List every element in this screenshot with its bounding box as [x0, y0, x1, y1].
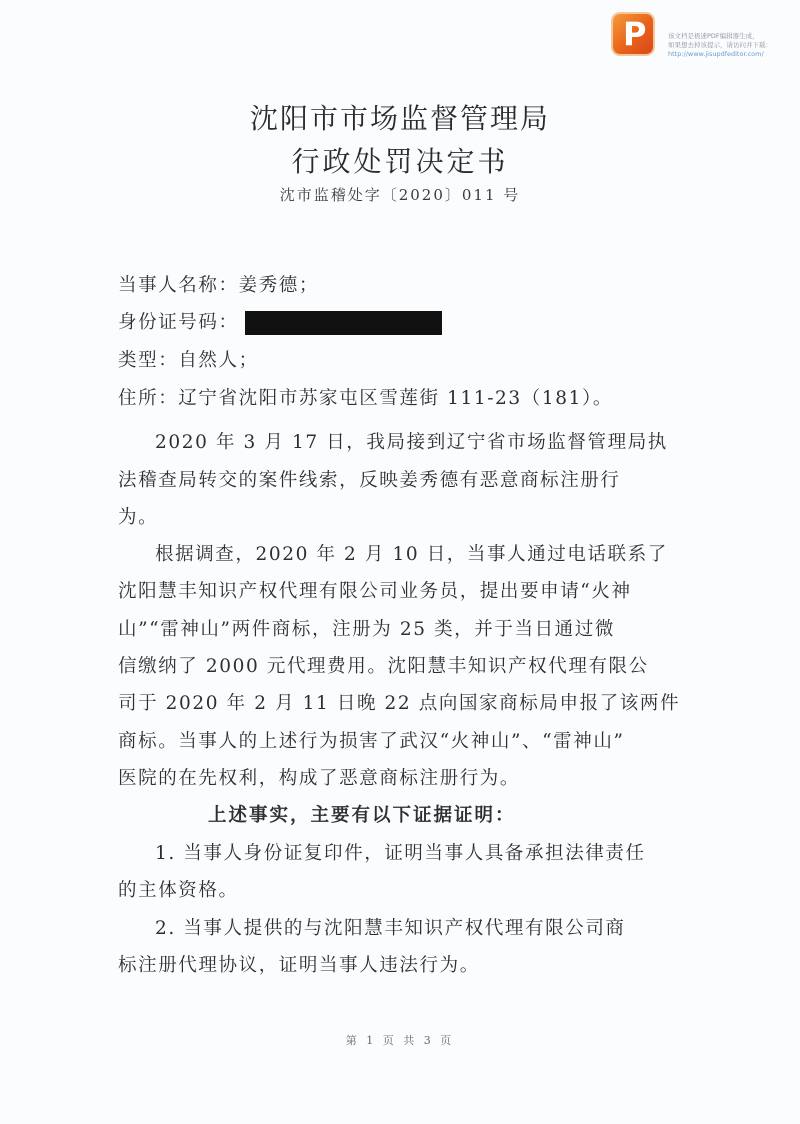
party-id-label: 身份证号码：: [118, 312, 239, 333]
watermark-text: 该文档是极速PDF编辑器生成， 如果想去掉该提示，请访问并下载： http://…: [668, 32, 772, 59]
agency-title: 沈阳市市场监督管理局: [0, 97, 800, 137]
evidence-heading: 上述事实，主要有以下证据证明：: [208, 804, 760, 828]
party-name-label: 当事人名称：: [118, 275, 239, 296]
document-type-title: 行政处罚决定书: [0, 140, 800, 180]
party-name-value: 姜秀德；: [239, 275, 319, 296]
party-address-row: 住所：辽宁省沈阳市苏家屯区雪莲街 111-23（181）。: [118, 387, 670, 411]
para2-line: 根据调查，2020 年 2 月 10 日，当事人通过电话联系了: [155, 543, 670, 567]
evidence-item-1-cont: 的主体资格。: [118, 879, 670, 903]
document-number: 沈市监稽处字〔2020〕011 号: [0, 184, 800, 205]
party-name-row: 当事人名称：姜秀德；: [118, 274, 670, 298]
evidence-item-2: 2. 当事人提供的与沈阳慧丰知识产权代理有限公司商: [155, 917, 670, 941]
party-type-label: 类型：: [118, 350, 178, 371]
para2-line: 医院的在先权利，构成了恶意商标注册行为。: [118, 767, 670, 791]
para2-line: 山”“雷神山”两件商标，注册为 25 类，并于当日通过微: [118, 618, 670, 642]
party-address-label: 住所：: [118, 388, 178, 409]
party-address-value: 辽宁省沈阳市苏家屯区雪莲街 111-23（181）。: [178, 388, 613, 409]
para2-line: 司于 2020 年 2 月 11 日晚 22 点向国家商标局申报了该两件: [118, 692, 670, 716]
party-id-row: 身份证号码：: [118, 311, 670, 335]
pdf-editor-logo-icon: P: [613, 14, 653, 54]
party-type-value: 自然人；: [178, 350, 258, 371]
watermark: P 该文档是极速PDF编辑器生成， 如果想去掉该提示，请访问并下载： http:…: [613, 12, 793, 60]
party-type-row: 类型：自然人；: [118, 349, 670, 373]
para1-line: 法稽查局转交的案件线索，反映姜秀德有恶意商标注册行: [118, 469, 670, 493]
para2-line: 信缴纳了 2000 元代理费用。沈阳慧丰知识产权代理有限公: [118, 655, 670, 679]
evidence-item-1: 1. 当事人身份证复印件，证明当事人具备承担法律责任: [155, 842, 670, 866]
watermark-line1: 该文档是极速PDF编辑器生成，: [668, 32, 772, 41]
para1-line: 为。: [118, 506, 670, 530]
evidence-item-2-cont: 标注册代理协议，证明当事人违法行为。: [118, 954, 670, 978]
watermark-url-link[interactable]: http://www.jisupdfeditor.com/: [668, 50, 772, 59]
watermark-line2: 如果想去掉该提示，请访问并下载：: [668, 41, 772, 50]
para2-line: 商标。当事人的上述行为损害了武汉“火神山”、“雷神山”: [118, 730, 670, 754]
para2-line: 沈阳慧丰知识产权代理有限公司业务员，提出要申请“火神: [118, 580, 670, 604]
redaction-block: [245, 311, 442, 335]
page-number: 第 1 页 共 3 页: [0, 1032, 800, 1048]
para1-line: 2020 年 3 月 17 日，我局接到辽宁省市场监督管理局执: [155, 431, 670, 455]
